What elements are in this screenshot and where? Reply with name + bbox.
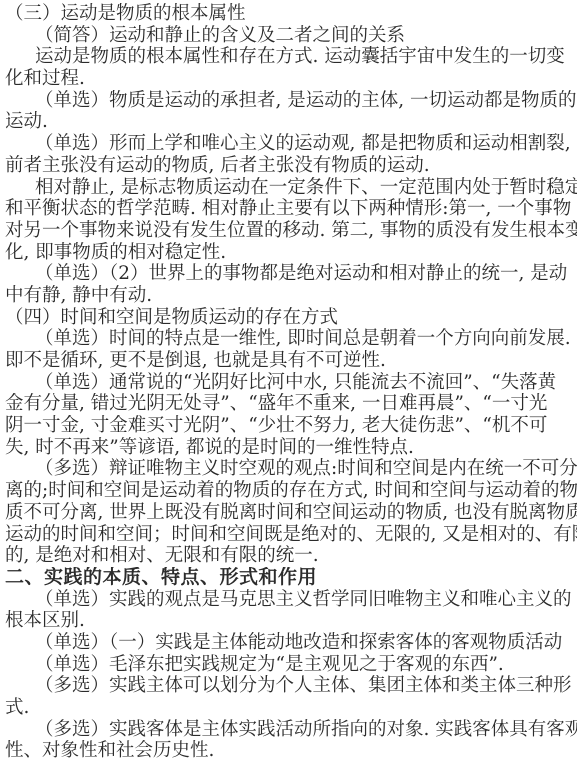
chapter-heading: 二、实践的本质、特点、形式和作用: [5, 567, 577, 589]
text-line: 失, 时不再来”等谚语, 都说的是时间的一维性特点.: [5, 437, 577, 459]
text-line: 运动.: [5, 111, 577, 133]
document-page: （三）运动是物质的根本属性（简答）运动和静止的含义及二者之间的关系运动是物质的根…: [0, 0, 581, 764]
text-line: 离的;时间和空间是运动着的物质的存在方式, 时间和空间与运动着的物: [5, 480, 577, 502]
text-line: 中有静, 静中有动.: [5, 285, 577, 307]
text-line: 化, 即事物质的相对稳定性.: [5, 242, 577, 264]
text-line: 根本区别.: [5, 610, 577, 632]
text-line: 运动的时间和空间；时间和空间既是绝对的、无限的, 又是相对的、有限: [5, 524, 577, 546]
text-line: （单选）形而上学和唯心主义的运动观, 都是把物质和运动相割裂,: [5, 133, 577, 155]
text-line: 性、对象性和社会历史性.: [5, 740, 577, 762]
text-line: （单选）（2）世界上的事物都是绝对运动和相对静止的统一, 是动: [5, 263, 577, 285]
text-line: 质不可分离, 世界上既没有脱离时间和空间运动的物质, 也没有脱离物质: [5, 502, 577, 524]
text-line: （单选）物质是运动的承担者, 是运动的主体, 一切运动都是物质的: [5, 90, 577, 112]
text-line: （多选）辩证唯物主义时空观的观点:时间和空间是内在统一不可分: [5, 458, 577, 480]
text-line: （单选）毛泽东把实践规定为“是主观见之于客观的东西”.: [5, 654, 577, 676]
text-line: （多选）实践客体是主体实践活动所指向的对象. 实践客体具有客观: [5, 719, 577, 741]
text-line: 式.: [5, 697, 577, 719]
text-line: （单选）实践的观点是马克思主义哲学同旧唯物主义和唯心主义的: [5, 589, 577, 611]
text-line: 和平衡状态的哲学范畴. 相对静止主要有以下两种情形:第一, 一个事物: [5, 198, 577, 220]
text-line: （单选）通常说的“光阴好比河中水, 只能流去不流回”、“失落黄: [5, 372, 577, 394]
text-line: 的, 是绝对和相对、无限和有限的统一.: [5, 545, 577, 567]
document-body: （三）运动是物质的根本属性（简答）运动和静止的含义及二者之间的关系运动是物质的根…: [5, 3, 577, 762]
text-line: （多选）实践主体可以划分为个人主体、集团主体和类主体三种形: [5, 675, 577, 697]
text-line: （简答）运动和静止的含义及二者之间的关系: [5, 25, 577, 47]
text-line: 化和过程.: [5, 68, 577, 90]
text-line: 即不是循环, 更不是倒退, 也就是具有不可逆性.: [5, 350, 577, 372]
text-line: 金有分量, 错过光阴无处寻”、“盛年不重来, 一日难再晨”、“一寸光: [5, 393, 577, 415]
text-line: 前者主张没有运动的物质, 后者主张没有物质的运动.: [5, 155, 577, 177]
text-line: （单选）（一）实践是主体能动地改造和探索客体的客观物质活动: [5, 632, 577, 654]
section-heading: （四）时间和空间是物质运动的存在方式: [5, 307, 577, 329]
text-line: （单选）时间的特点是一维性, 即时间总是朝着一个方向向前发展.: [5, 328, 577, 350]
text-line: 运动是物质的根本属性和存在方式. 运动囊括宇宙中发生的一切变: [5, 46, 577, 68]
text-line: 阴一寸金, 寸金难买寸光阴”、“少壮不努力, 老大徒伤悲”、“机不可: [5, 415, 577, 437]
text-line: 对另一个事物来说没有发生位置的移动. 第二, 事物的质没有发生根本变: [5, 220, 577, 242]
text-line: 相对静止, 是标志物质运动在一定条件下、一定范围内处于暂时稳定: [5, 177, 577, 199]
section-heading: （三）运动是物质的根本属性: [5, 3, 577, 25]
